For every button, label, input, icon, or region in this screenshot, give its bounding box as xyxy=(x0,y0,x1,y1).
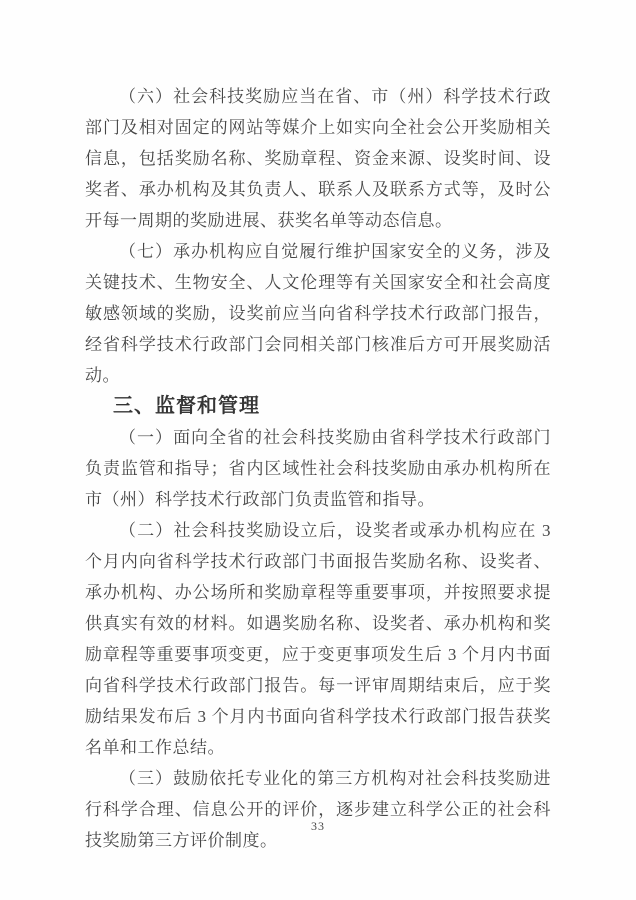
paragraph-item-6: （六）社会科技奖励应当在省、市（州）科学技术行政部门及相对固定的网站等媒介上如实… xyxy=(85,81,551,236)
document-page: （六）社会科技奖励应当在省、市（州）科学技术行政部门及相对固定的网站等媒介上如实… xyxy=(0,0,636,900)
document-body: （六）社会科技奖励应当在省、市（州）科学技术行政部门及相对固定的网站等媒介上如实… xyxy=(85,81,551,856)
paragraph-item-3: （三）鼓励依托专业化的第三方机构对社会科技奖励进行科学合理、信息公开的评价，逐步… xyxy=(85,763,551,856)
paragraph-item-1: （一）面向全省的社会科技奖励由省科学技术行政部门负责监管和指导；省内区域性社会科… xyxy=(85,422,551,515)
section-heading-supervision: 三、监督和管理 xyxy=(85,391,551,422)
paragraph-item-2: （二）社会科技奖励设立后，设奖者或承办机构应在 3 个月内向省科学技术行政部门书… xyxy=(85,515,551,763)
paragraph-item-7: （七）承办机构应自觉履行维护国家安全的义务，涉及关键技术、生物安全、人文伦理等有… xyxy=(85,236,551,391)
page-number: 33 xyxy=(0,819,636,834)
